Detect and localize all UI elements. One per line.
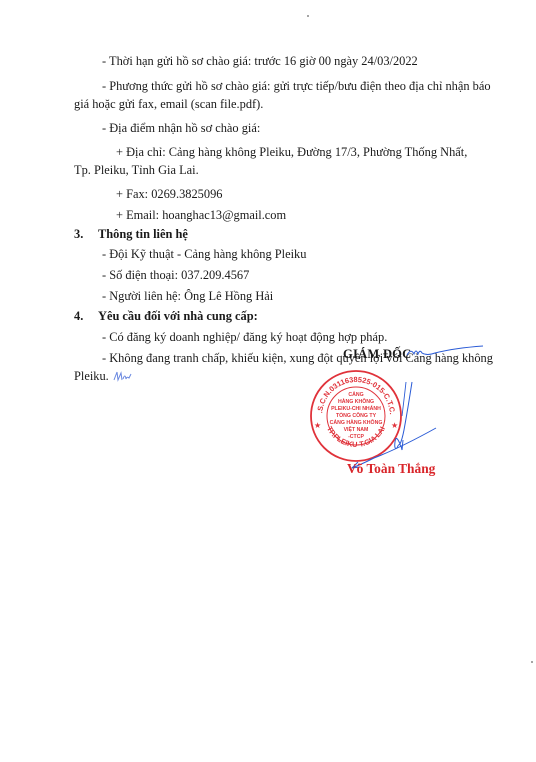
section-3-title: Thông tin liên hệ <box>98 227 188 241</box>
email-line: + Email: hoanghac13@gmail.com <box>116 208 286 223</box>
initials-icon <box>112 370 132 382</box>
section-4-title: Yêu cầu đối với nhà cung cấp: <box>98 309 258 323</box>
section-4-number: 4. <box>74 309 98 324</box>
requirement-1: - Có đăng ký doanh nghiệp/ đăng ký hoạt … <box>102 330 387 345</box>
svg-text:★: ★ <box>314 421 321 430</box>
location-line: - Địa điểm nhận hồ sơ chào giá: <box>102 121 260 136</box>
signer-name: Võ Toàn Thắng <box>347 461 435 477</box>
deadline-line: - Thời hạn gửi hồ sơ chào giá: trước 16 … <box>102 54 418 69</box>
address-line-2: Tp. Pleiku, Tỉnh Gia Lai. <box>74 163 199 178</box>
scan-speck <box>307 15 309 17</box>
section-3-heading: 3.Thông tin liên hệ <box>74 227 188 242</box>
section-3-number: 3. <box>74 227 98 242</box>
address-line-1: + Địa chỉ: Cảng hàng không Pleiku, Đường… <box>116 145 467 160</box>
scan-speck <box>531 661 533 663</box>
director-initials-icon <box>405 344 485 360</box>
method-line-1: - Phương thức gửi hồ sơ chào giá: gửi tr… <box>102 79 491 94</box>
contact-team: - Đội Kỹ thuật - Cảng hàng không Pleiku <box>102 247 306 262</box>
director-title: GIÁM ĐỐC <box>343 347 411 362</box>
requirement-2-continuation-text: Pleiku. <box>74 369 109 383</box>
requirement-2-continuation: Pleiku. <box>74 369 132 384</box>
method-line-2: giá hoặc gửi fax, email (scan file.pdf). <box>74 97 263 112</box>
fax-line: + Fax: 0269.3825096 <box>116 187 222 202</box>
contact-phone: - Số điện thoại: 037.209.4567 <box>102 268 249 283</box>
document-page: - Thời hạn gửi hồ sơ chào giá: trước 16 … <box>0 0 536 762</box>
contact-person: - Người liên hệ: Ông Lê Hồng Hải <box>102 289 273 304</box>
director-signature-icon <box>340 378 440 470</box>
section-4-heading: 4.Yêu cầu đối với nhà cung cấp: <box>74 309 258 324</box>
